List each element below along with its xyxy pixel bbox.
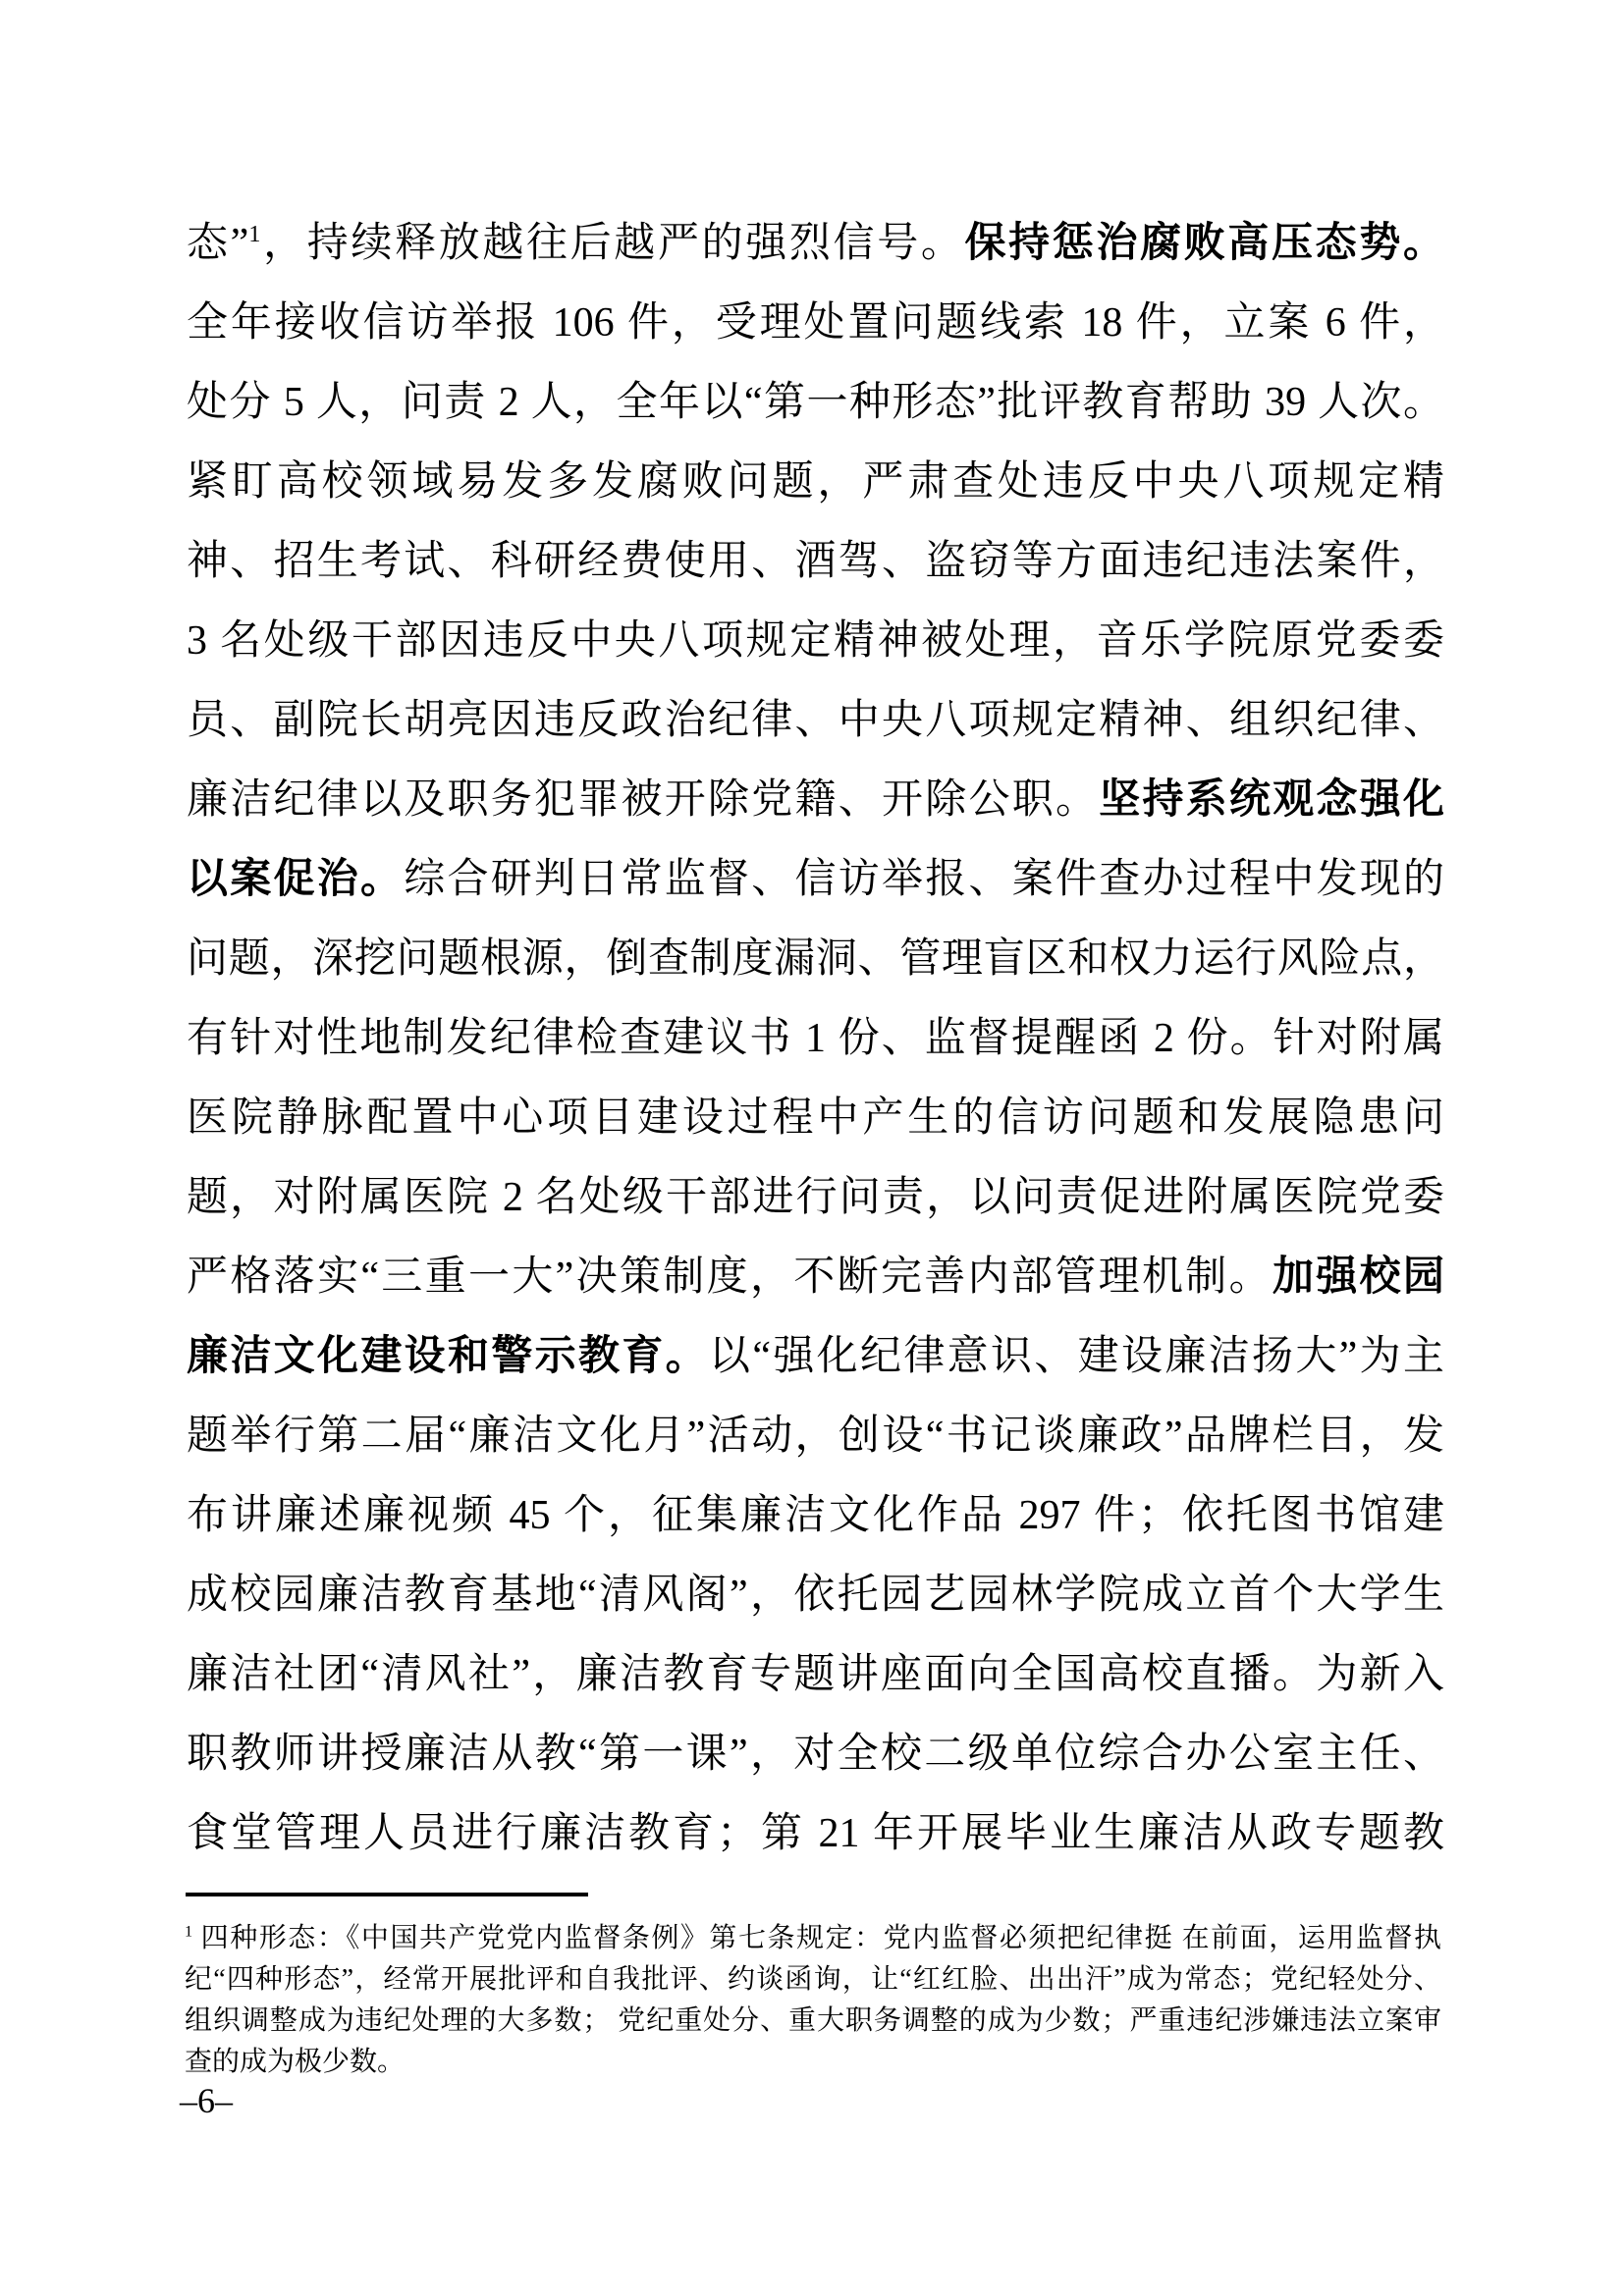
text-run: 题举行第二届“廉洁文化月”活动，创设“书记谈廉政”品牌栏目，发 <box>187 1414 1444 1459</box>
bold-text-run: 加强校园 <box>1272 1255 1444 1300</box>
text-run: 严格落实“三重一大”决策制度，不断完善内部管理机制。 <box>187 1255 1272 1300</box>
text-run: 紧盯高校领域易发多发腐败问题，严肃查处违反中央八项规定精 <box>187 459 1444 505</box>
body-line: 食堂管理人员进行廉洁教育；第 21 年开展毕业生廉洁从政专题教 <box>187 1794 1444 1874</box>
body-line: 廉洁社团“清风社”，廉洁教育专题讲座面向全国高校直播。为新入 <box>187 1635 1444 1715</box>
text-run: 有针对性地制发纪律检查建议书 1 份、监督提醒函 2 份。针对附属 <box>187 1016 1444 1061</box>
text-run: 廉洁社团“清风社”，廉洁教育专题讲座面向全国高校直播。为新入 <box>187 1652 1444 1697</box>
body-line: 神、招生考试、科研经费使用、酒驾、盗窃等方面违纪违法案件， <box>187 522 1444 602</box>
footnote: 1 四种形态：《中国共产党党内监督条例》第七条规定：党内监督必须把纪律挺 在前面… <box>185 1918 1441 2083</box>
text-run: 廉洁纪律以及职务犯罪被开除党籍、开除公职。 <box>187 777 1099 823</box>
page-number: –6– <box>180 2081 233 2120</box>
body-line: 3 名处级干部因违反中央八项规定精神被处理，音乐学院原党委委 <box>187 602 1444 681</box>
text-run: 职教师讲授廉洁从教“第一课”，对全校二级单位综合办公室主任、 <box>187 1732 1444 1777</box>
body-line: 员、副院长胡亮因违反政治纪律、中央八项规定精神、组织纪律、 <box>187 681 1444 761</box>
document-page: 态”1，持续释放越往后越严的强烈信号。保持惩治腐败高压态势。全年接收信访举报 1… <box>0 0 1624 2296</box>
text-run: 食堂管理人员进行廉洁教育；第 21 年开展毕业生廉洁从政专题教 <box>187 1811 1444 1856</box>
body-line: 全年接收信访举报 106 件，受理处置问题线索 18 件，立案 6 件， <box>187 284 1444 363</box>
bold-text-run: 以案促治。 <box>187 857 404 902</box>
footnote-line: 纪“四种形态”，经常开展批评和自我批评、约谈函询，让“红红脸、出出汗”成为常态；… <box>185 1959 1441 2001</box>
footnote-line: 1 四种形态：《中国共产党党内监督条例》第七条规定：党内监督必须把纪律挺 在前面… <box>185 1918 1441 1959</box>
footnote-line: 查的成为极少数。 <box>185 2042 1441 2083</box>
text-run: 纪“四种形态”，经常开展批评和自我批评、约谈函询，让“红红脸、出出汗”成为常态；… <box>185 1964 1441 1995</box>
body-line: 职教师讲授廉洁从教“第一课”，对全校二级单位综合办公室主任、 <box>187 1715 1444 1794</box>
body-line: 以案促治。综合研判日常监督、信访举报、案件查办过程中发现的 <box>187 840 1444 920</box>
text-run: 题，对附属医院 2 名处级干部进行问责，以问责促进附属医院党委 <box>187 1175 1444 1220</box>
body-line: 问题，深挖问题根源，倒查制度漏洞、管理盲区和权力运行风险点， <box>187 920 1444 999</box>
body-line: 题，对附属医院 2 名处级干部进行问责，以问责促进附属医院党委 <box>187 1158 1444 1238</box>
text-run: 医院静脉配置中心项目建设过程中产生的信访问题和发展隐患问 <box>187 1095 1444 1141</box>
body-line: 严格落实“三重一大”决策制度，不断完善内部管理机制。加强校园 <box>187 1238 1444 1317</box>
body-line: 廉洁纪律以及职务犯罪被开除党籍、开除公职。坚持系统观念强化 <box>187 761 1444 840</box>
bold-text-run: 保持惩治腐败高压态势。 <box>965 221 1444 266</box>
text-run: 态” <box>187 221 248 266</box>
text-run: 成校园廉洁教育基地“清风阁”，依托园艺园林学院成立首个大学生 <box>187 1573 1444 1618</box>
footnote-reference: 1 <box>248 221 260 247</box>
text-run: 以“强化纪律意识、建设廉洁扬大”为主 <box>709 1334 1444 1379</box>
text-run: 布讲廉述廉视频 45 个，征集廉洁文化作品 297 件；依托图书馆建 <box>187 1493 1444 1538</box>
text-run: 全年接收信访举报 106 件，受理处置问题线索 18 件，立案 6 件， <box>187 300 1444 346</box>
text-run: 四种形态：《中国共产党党内监督条例》第七条规定：党内监督必须把纪律挺 在前面，运… <box>192 1923 1441 1953</box>
body-line: 紧盯高校领域易发多发腐败问题，严肃查处违反中央八项规定精 <box>187 443 1444 522</box>
text-run: 综合研判日常监督、信访举报、案件查办过程中发现的 <box>404 857 1444 902</box>
body-line: 医院静脉配置中心项目建设过程中产生的信访问题和发展隐患问 <box>187 1079 1444 1158</box>
body-line: 态”1，持续释放越往后越严的强烈信号。保持惩治腐败高压态势。 <box>187 204 1444 284</box>
text-run: 组织调整成为违纪处理的大多数； 党纪重处分、重大职务调整的成为少数；严重违纪涉嫌… <box>185 2005 1441 2036</box>
body-line: 廉洁文化建设和警示教育。以“强化纪律意识、建设廉洁扬大”为主 <box>187 1317 1444 1397</box>
body-text: 态”1，持续释放越往后越严的强烈信号。保持惩治腐败高压态势。全年接收信访举报 1… <box>187 204 1444 1874</box>
footnote-reference: 1 <box>185 1923 192 1941</box>
text-run: 神、招生考试、科研经费使用、酒驾、盗窃等方面违纪违法案件， <box>187 539 1444 584</box>
footnote-line: 组织调整成为违纪处理的大多数； 党纪重处分、重大职务调整的成为少数；严重违纪涉嫌… <box>185 2001 1441 2042</box>
body-line: 布讲廉述廉视频 45 个，征集廉洁文化作品 297 件；依托图书馆建 <box>187 1476 1444 1556</box>
bold-text-run: 坚持系统观念强化 <box>1099 777 1444 823</box>
text-run: 处分 5 人，问责 2 人，全年以“第一种形态”批评教育帮助 39 人次。 <box>187 380 1444 425</box>
body-line: 题举行第二届“廉洁文化月”活动，创设“书记谈廉政”品牌栏目，发 <box>187 1397 1444 1476</box>
body-line: 处分 5 人，问责 2 人，全年以“第一种形态”批评教育帮助 39 人次。 <box>187 363 1444 443</box>
text-run: 查的成为极少数。 <box>185 2047 405 2077</box>
body-line: 有针对性地制发纪律检查建议书 1 份、监督提醒函 2 份。针对附属 <box>187 999 1444 1079</box>
text-run: 3 名处级干部因违反中央八项规定精神被处理，音乐学院原党委委 <box>187 618 1444 664</box>
body-line: 成校园廉洁教育基地“清风阁”，依托园艺园林学院成立首个大学生 <box>187 1556 1444 1635</box>
footnote-separator <box>186 1893 588 1896</box>
bold-text-run: 廉洁文化建设和警示教育。 <box>187 1334 709 1379</box>
text-run: 员、副院长胡亮因违反政治纪律、中央八项规定精神、组织纪律、 <box>187 698 1444 743</box>
text-run: ，持续释放越往后越严的强烈信号。 <box>260 221 964 266</box>
text-run: 问题，深挖问题根源，倒查制度漏洞、管理盲区和权力运行风险点， <box>187 936 1444 982</box>
